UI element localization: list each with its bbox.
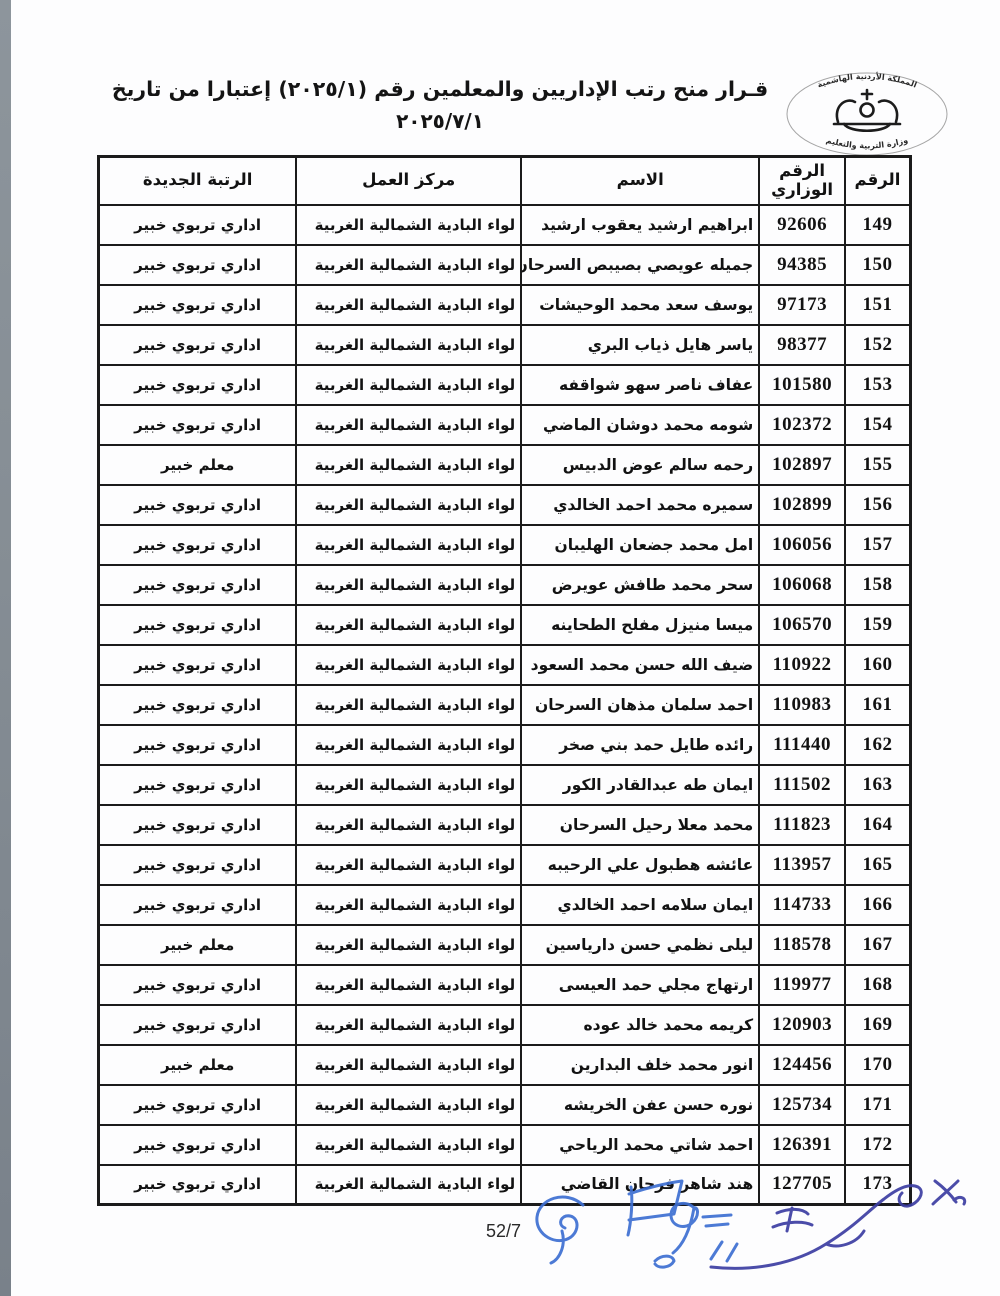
- cell-new-rank: اداري تربوي خبير: [99, 405, 297, 445]
- cell-number: 165: [845, 845, 911, 885]
- cell-name: رحمه سالم عوض الدبيس: [521, 445, 759, 485]
- cell-work-center: لواء البادية الشمالية الغربية: [296, 285, 521, 325]
- table-row: 165113957عائشه هطبول علي الرحيبهلواء الب…: [99, 845, 911, 885]
- table-header-row: الرقم الرقم الوزاري الاسم مركز العمل الر…: [99, 157, 911, 205]
- cell-number: 158: [845, 565, 911, 605]
- cell-name: ايمان طه عبدالقادر الكور: [521, 765, 759, 805]
- cell-ministry-number: 114733: [759, 885, 845, 925]
- table-row: 155102897رحمه سالم عوض الدبيسلواء البادي…: [99, 445, 911, 485]
- cell-ministry-number: 94385: [759, 245, 845, 285]
- cell-number: 156: [845, 485, 911, 525]
- table-row: 162111440رائده طايل حمد بني صخرلواء البا…: [99, 725, 911, 765]
- cell-number: 150: [845, 245, 911, 285]
- cell-number: 152: [845, 325, 911, 365]
- cell-work-center: لواء البادية الشمالية الغربية: [296, 565, 521, 605]
- cell-work-center: لواء البادية الشمالية الغربية: [296, 1085, 521, 1125]
- table-row: 163111502ايمان طه عبدالقادر الكورلواء ال…: [99, 765, 911, 805]
- table-row: 158106068سحر محمد طافش عويرضلواء البادية…: [99, 565, 911, 605]
- table-row: 160110922ضيف الله حسن محمد السعودلواء ال…: [99, 645, 911, 685]
- cell-new-rank: معلم خبير: [99, 925, 297, 965]
- cell-work-center: لواء البادية الشمالية الغربية: [296, 645, 521, 685]
- table-row: 15094385جميله عويصي بصيبص السرحانلواء ال…: [99, 245, 911, 285]
- cell-work-center: لواء البادية الشمالية الغربية: [296, 605, 521, 645]
- table-row: 164111823محمد معلا رحيل السرحانلواء البا…: [99, 805, 911, 845]
- cell-new-rank: اداري تربوي خبير: [99, 525, 297, 565]
- cell-work-center: لواء البادية الشمالية الغربية: [296, 365, 521, 405]
- cell-new-rank: اداري تربوي خبير: [99, 365, 297, 405]
- cell-name: كريمه محمد خالد عوده: [521, 1005, 759, 1045]
- cell-new-rank: اداري تربوي خبير: [99, 605, 297, 645]
- cell-ministry-number: 111823: [759, 805, 845, 845]
- cell-new-rank: اداري تربوي خبير: [99, 1085, 297, 1125]
- cell-work-center: لواء البادية الشمالية الغربية: [296, 1005, 521, 1045]
- cell-name: ميسا منيزل مفلح الطحاينه: [521, 605, 759, 645]
- cell-new-rank: اداري تربوي خبير: [99, 245, 297, 285]
- cell-new-rank: اداري تربوي خبير: [99, 845, 297, 885]
- document-title: قـرار منح رتب الإداريين والمعلمين رقم (٢…: [105, 74, 775, 137]
- table-body: 14992606ابراهيم ارشيد يعقوب ارشيدلواء ال…: [99, 205, 911, 1205]
- column-header-ministry-number: الرقم الوزاري: [759, 157, 845, 205]
- cell-ministry-number: 102372: [759, 405, 845, 445]
- cell-name: انور محمد خلف البدارين: [521, 1045, 759, 1085]
- cell-new-rank: اداري تربوي خبير: [99, 325, 297, 365]
- cell-work-center: لواء البادية الشمالية الغربية: [296, 725, 521, 765]
- cell-ministry-number: 124456: [759, 1045, 845, 1085]
- cell-ministry-number: 111502: [759, 765, 845, 805]
- cell-work-center: لواء البادية الشمالية الغربية: [296, 325, 521, 365]
- document-title-line1: قـرار منح رتب الإداريين والمعلمين رقم (٢…: [112, 77, 768, 101]
- cell-number: 149: [845, 205, 911, 245]
- ranks-table: الرقم الرقم الوزاري الاسم مركز العمل الر…: [97, 155, 912, 1206]
- cell-name: ارتهاج مجلي حمد العيسى: [521, 965, 759, 1005]
- column-header-number: الرقم: [845, 157, 911, 205]
- cell-ministry-number: 98377: [759, 325, 845, 365]
- table-row: 170124456انور محمد خلف البدارينلواء البا…: [99, 1045, 911, 1085]
- cell-name: احمد سلمان مذهان السرحان: [521, 685, 759, 725]
- seal-crown-emblem: [834, 90, 900, 131]
- seal-ring-text-top: المملكة الأردنية الهاشمية: [816, 71, 918, 89]
- cell-new-rank: معلم خبير: [99, 445, 297, 485]
- cell-ministry-number: 101580: [759, 365, 845, 405]
- cell-new-rank: اداري تربوي خبير: [99, 1165, 297, 1205]
- cell-ministry-number: 110922: [759, 645, 845, 685]
- cell-number: 153: [845, 365, 911, 405]
- ministry-seal-icon: المملكة الأردنية الهاشمية وزارة التربية …: [772, 66, 962, 162]
- table-row: 167118578ليلى نظمي حسن دارياسينلواء البا…: [99, 925, 911, 965]
- column-header-name: الاسم: [521, 157, 759, 205]
- cell-ministry-number: 97173: [759, 285, 845, 325]
- table-row: 15197173يوسف سعد محمد الوحيشاتلواء الباد…: [99, 285, 911, 325]
- cell-name: ياسر هايل ذياب البري: [521, 325, 759, 365]
- column-header-work-center: مركز العمل: [296, 157, 521, 205]
- cell-new-rank: معلم خبير: [99, 1045, 297, 1085]
- cell-work-center: لواء البادية الشمالية الغربية: [296, 445, 521, 485]
- cell-number: 155: [845, 445, 911, 485]
- table-row: 153101580عفاف ناصر سهو شواقفهلواء البادي…: [99, 365, 911, 405]
- cell-name: امل محمد جضعان الهليبان: [521, 525, 759, 565]
- cell-ministry-number: 111440: [759, 725, 845, 765]
- cell-name: ايمان سلامه احمد الخالدي: [521, 885, 759, 925]
- cell-name: احمد شاتي محمد الرياحي: [521, 1125, 759, 1165]
- cell-name: يوسف سعد محمد الوحيشات: [521, 285, 759, 325]
- cell-new-rank: اداري تربوي خبير: [99, 965, 297, 1005]
- cell-ministry-number: 92606: [759, 205, 845, 245]
- table-row: 14992606ابراهيم ارشيد يعقوب ارشيدلواء ال…: [99, 205, 911, 245]
- cell-ministry-number: 106570: [759, 605, 845, 645]
- table-row: 172126391احمد شاتي محمد الرياحيلواء البا…: [99, 1125, 911, 1165]
- cell-name: سميره محمد احمد الخالدي: [521, 485, 759, 525]
- table-row: 168119977ارتهاج مجلي حمد العيسىلواء البا…: [99, 965, 911, 1005]
- seal-ring-text-bottom: وزارة التربية والتعليم: [825, 136, 909, 151]
- cell-name: عفاف ناصر سهو شواقفه: [521, 365, 759, 405]
- cell-new-rank: اداري تربوي خبير: [99, 565, 297, 605]
- cell-name: ابراهيم ارشيد يعقوب ارشيد: [521, 205, 759, 245]
- cell-number: 151: [845, 285, 911, 325]
- column-header-new-rank: الرتبة الجديدة: [99, 157, 297, 205]
- cell-work-center: لواء البادية الشمالية الغربية: [296, 405, 521, 445]
- table-row: 156102899سميره محمد احمد الخالديلواء الب…: [99, 485, 911, 525]
- cell-number: 170: [845, 1045, 911, 1085]
- cell-work-center: لواء البادية الشمالية الغربية: [296, 845, 521, 885]
- cell-ministry-number: 102897: [759, 445, 845, 485]
- cell-ministry-number: 126391: [759, 1125, 845, 1165]
- cell-name: سحر محمد طافش عويرض: [521, 565, 759, 605]
- cell-new-rank: اداري تربوي خبير: [99, 885, 297, 925]
- cell-ministry-number: 118578: [759, 925, 845, 965]
- table-row: 173127705هند شاهر فرحان القاضيلواء الباد…: [99, 1165, 911, 1205]
- table-row: 171125734نوره حسن عفن الخريشهلواء البادي…: [99, 1085, 911, 1125]
- cell-work-center: لواء البادية الشمالية الغربية: [296, 205, 521, 245]
- cell-work-center: لواء البادية الشمالية الغربية: [296, 1125, 521, 1165]
- cell-ministry-number: 113957: [759, 845, 845, 885]
- cell-new-rank: اداري تربوي خبير: [99, 805, 297, 845]
- cell-number: 164: [845, 805, 911, 845]
- cell-number: 168: [845, 965, 911, 1005]
- table-row: 15298377ياسر هايل ذياب البريلواء البادية…: [99, 325, 911, 365]
- cell-new-rank: اداري تربوي خبير: [99, 1125, 297, 1165]
- cell-number: 160: [845, 645, 911, 685]
- cell-new-rank: اداري تربوي خبير: [99, 725, 297, 765]
- cell-number: 167: [845, 925, 911, 965]
- table-row: 154102372شومه محمد دوشان الماضيلواء البا…: [99, 405, 911, 445]
- cell-name: ليلى نظمي حسن دارياسين: [521, 925, 759, 965]
- cell-ministry-number: 120903: [759, 1005, 845, 1045]
- cell-work-center: لواء البادية الشمالية الغربية: [296, 245, 521, 285]
- cell-number: 157: [845, 525, 911, 565]
- cell-name: هند شاهر فرحان القاضي: [521, 1165, 759, 1205]
- cell-number: 162: [845, 725, 911, 765]
- cell-new-rank: اداري تربوي خبير: [99, 485, 297, 525]
- cell-name: جميله عويصي بصيبص السرحان: [521, 245, 759, 285]
- document-title-date: ٢٠٢٥/٧/١: [105, 106, 775, 137]
- cell-ministry-number: 106056: [759, 525, 845, 565]
- cell-work-center: لواء البادية الشمالية الغربية: [296, 965, 521, 1005]
- page-number: 52/7: [486, 1221, 521, 1242]
- scanner-edge-strip: [0, 0, 11, 1296]
- cell-number: 159: [845, 605, 911, 645]
- cell-ministry-number: 127705: [759, 1165, 845, 1205]
- cell-number: 161: [845, 685, 911, 725]
- scanned-document-page: { "page": { "title_line1": "قـرار منح رت…: [0, 0, 1000, 1296]
- cell-name: رائده طايل حمد بني صخر: [521, 725, 759, 765]
- cell-ministry-number: 125734: [759, 1085, 845, 1125]
- cell-new-rank: اداري تربوي خبير: [99, 205, 297, 245]
- table-row: 166114733ايمان سلامه احمد الخالديلواء ال…: [99, 885, 911, 925]
- cell-number: 166: [845, 885, 911, 925]
- cell-work-center: لواء البادية الشمالية الغربية: [296, 925, 521, 965]
- cell-number: 163: [845, 765, 911, 805]
- cell-work-center: لواء البادية الشمالية الغربية: [296, 805, 521, 845]
- table-row: 161110983احمد سلمان مذهان السرحانلواء ال…: [99, 685, 911, 725]
- cell-ministry-number: 110983: [759, 685, 845, 725]
- cell-new-rank: اداري تربوي خبير: [99, 1005, 297, 1045]
- cell-ministry-number: 102899: [759, 485, 845, 525]
- table-row: 159106570ميسا منيزل مفلح الطحاينهلواء ال…: [99, 605, 911, 645]
- cell-work-center: لواء البادية الشمالية الغربية: [296, 1045, 521, 1085]
- cell-number: 172: [845, 1125, 911, 1165]
- cell-name: ضيف الله حسن محمد السعود: [521, 645, 759, 685]
- table-row: 169120903كريمه محمد خالد عودهلواء البادي…: [99, 1005, 911, 1045]
- table-row: 157106056امل محمد جضعان الهليبانلواء الب…: [99, 525, 911, 565]
- cell-work-center: لواء البادية الشمالية الغربية: [296, 485, 521, 525]
- cell-work-center: لواء البادية الشمالية الغربية: [296, 525, 521, 565]
- cell-name: نوره حسن عفن الخريشه: [521, 1085, 759, 1125]
- cell-work-center: لواء البادية الشمالية الغربية: [296, 765, 521, 805]
- cell-name: محمد معلا رحيل السرحان: [521, 805, 759, 845]
- cell-number: 154: [845, 405, 911, 445]
- cell-number: 169: [845, 1005, 911, 1045]
- cell-work-center: لواء البادية الشمالية الغربية: [296, 685, 521, 725]
- cell-new-rank: اداري تربوي خبير: [99, 685, 297, 725]
- cell-name: عائشه هطبول علي الرحيبه: [521, 845, 759, 885]
- cell-work-center: لواء البادية الشمالية الغربية: [296, 885, 521, 925]
- cell-ministry-number: 106068: [759, 565, 845, 605]
- cell-new-rank: اداري تربوي خبير: [99, 645, 297, 685]
- cell-number: 171: [845, 1085, 911, 1125]
- cell-number: 173: [845, 1165, 911, 1205]
- cell-ministry-number: 119977: [759, 965, 845, 1005]
- cell-new-rank: اداري تربوي خبير: [99, 285, 297, 325]
- cell-new-rank: اداري تربوي خبير: [99, 765, 297, 805]
- cell-work-center: لواء البادية الشمالية الغربية: [296, 1165, 521, 1205]
- cell-name: شومه محمد دوشان الماضي: [521, 405, 759, 445]
